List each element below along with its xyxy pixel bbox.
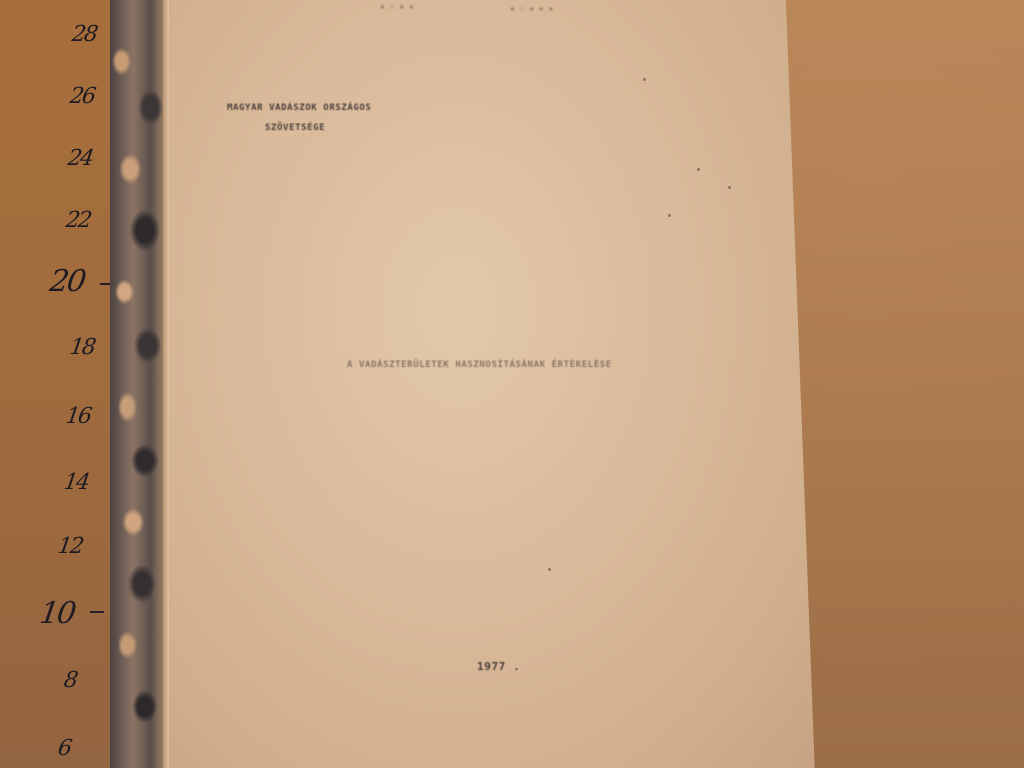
ruler-mark-16: 16 bbox=[64, 404, 92, 429]
ruler-mark-18: 18 bbox=[68, 335, 96, 360]
photo-scene: 28 26 24 22 20 18 16 14 12 10 8 6 ▪ ▫ ▪ … bbox=[0, 0, 1024, 768]
ruler-mark-14: 14 bbox=[62, 470, 90, 495]
paper-speck bbox=[697, 168, 700, 171]
ruler-mark-6: 6 bbox=[56, 736, 72, 761]
ruler: 28 26 24 22 20 18 16 14 12 10 8 6 bbox=[0, 0, 112, 768]
ruler-tick-10 bbox=[90, 611, 104, 613]
ruler-mark-10: 10 bbox=[38, 596, 77, 631]
ruler-mark-22: 22 bbox=[64, 208, 92, 233]
ruler-mark-24: 24 bbox=[66, 146, 94, 171]
page-left-edge bbox=[163, 0, 169, 768]
marbled-spine bbox=[110, 0, 168, 768]
document-page: ▪ ▫ ▪ ▪ ▪ ▫ ▪ ▪ ▪ MAGYAR VADÁSZOK ORSZÁG… bbox=[165, 0, 815, 768]
organization-line-1: MAGYAR VADÁSZOK ORSZÁGOS bbox=[227, 103, 371, 113]
ruler-mark-28: 28 bbox=[70, 22, 98, 47]
ruler-mark-20: 20 bbox=[48, 264, 87, 299]
ruler-mark-8: 8 bbox=[62, 668, 78, 693]
organization-line-2: SZÖVETSÉGE bbox=[265, 123, 325, 133]
page-top-residue-2: ▪ ▫ ▪ ▪ ▪ bbox=[510, 4, 553, 13]
ruler-mark-12: 12 bbox=[56, 534, 84, 559]
document-year: 1977 . bbox=[477, 660, 520, 673]
paper-speck bbox=[668, 214, 671, 217]
ruler-mark-26: 26 bbox=[68, 84, 96, 109]
paper-speck bbox=[728, 186, 731, 189]
page-top-residue: ▪ ▫ ▪ ▪ bbox=[380, 2, 414, 11]
paper-speck bbox=[548, 568, 551, 571]
paper-speck bbox=[643, 78, 646, 81]
document-title: A VADÁSZTERÜLETEK HASZNOSÍTÁSÁNAK ÉRTÉKE… bbox=[347, 360, 612, 370]
